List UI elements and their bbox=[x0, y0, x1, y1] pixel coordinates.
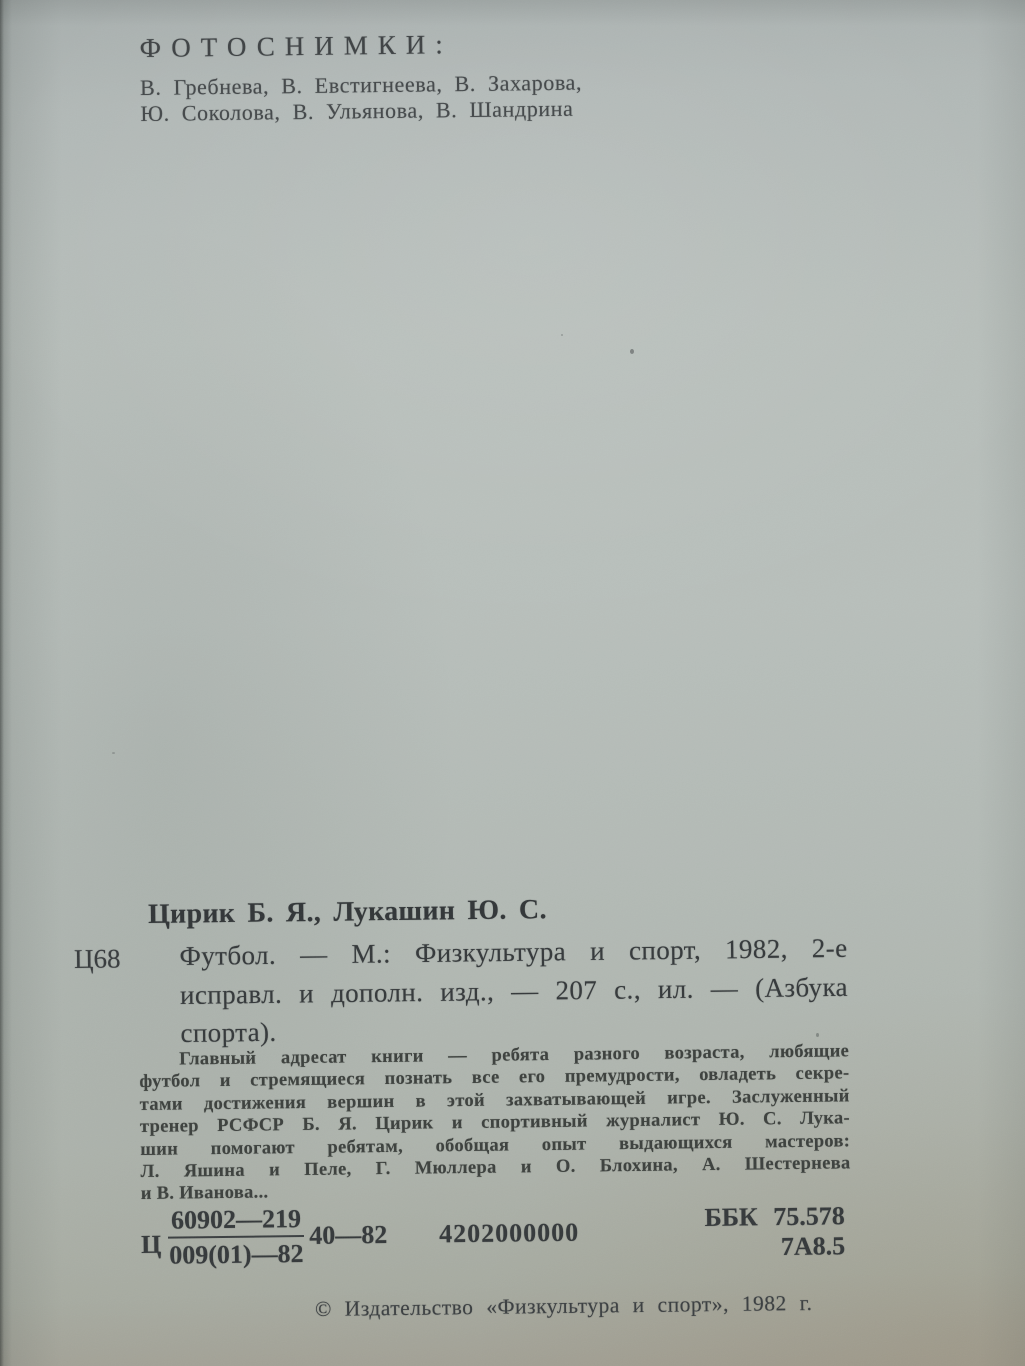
bbk-code-line: ББК 75.578 bbox=[703, 1201, 845, 1233]
copyright-line: © Издательство «Физкультура и спорт», 19… bbox=[315, 1291, 813, 1322]
imprint-catalog-numbers: Ц 60902—219 009(01)—82 40—82 4202000000 bbox=[141, 1202, 580, 1269]
photo-credits-block: ФОТОСНИМКИ: В. Гребнева, В. Евстигнеева,… bbox=[139, 26, 700, 127]
catalog-index-code: Ц68 bbox=[74, 943, 121, 975]
imprint-fraction-suffix: 40—82 bbox=[309, 1220, 387, 1251]
imprint-order-number: 4202000000 bbox=[439, 1218, 579, 1250]
photo-credits-line: Ю. Соколова, В. Ульянова, В. Шандрина bbox=[140, 94, 700, 127]
imprint-fraction: 60902—219 009(01)—82 bbox=[168, 1205, 305, 1269]
dust-speck bbox=[630, 349, 634, 354]
dust-speck bbox=[561, 334, 563, 336]
photo-credits-heading: ФОТОСНИМКИ: bbox=[139, 26, 699, 64]
imprint-fraction-denominator: 009(01)—82 bbox=[168, 1237, 304, 1269]
imprint-series-letter: Ц bbox=[141, 1216, 162, 1260]
page-content: ФОТОСНИМКИ: В. Гребнева, В. Евстигнеева,… bbox=[0, 0, 1025, 1366]
catalog-description-line: исправл. и дополн. изд., — 207 с., ил. —… bbox=[180, 967, 848, 1014]
bbk-classification-block: ББК 75.578 7А8.5 bbox=[703, 1201, 846, 1263]
dust-speck bbox=[112, 752, 115, 754]
catalog-authors: Цирик Б. Я., Лукашин Ю. С. bbox=[148, 894, 547, 931]
catalog-description: Футбол. — М.: Физкультура и спорт, 1982,… bbox=[179, 929, 848, 1053]
bbk-code-line: 7А8.5 bbox=[703, 1231, 845, 1263]
imprint-fraction-numerator: 60902—219 bbox=[168, 1205, 304, 1239]
dust-speck bbox=[816, 1033, 819, 1037]
book-imprint-page-photo: ФОТОСНИМКИ: В. Гребнева, В. Евстигнеева,… bbox=[0, 0, 1025, 1366]
annotation-paragraph: Главный адресат книги — ребята разного в… bbox=[139, 1040, 851, 1206]
